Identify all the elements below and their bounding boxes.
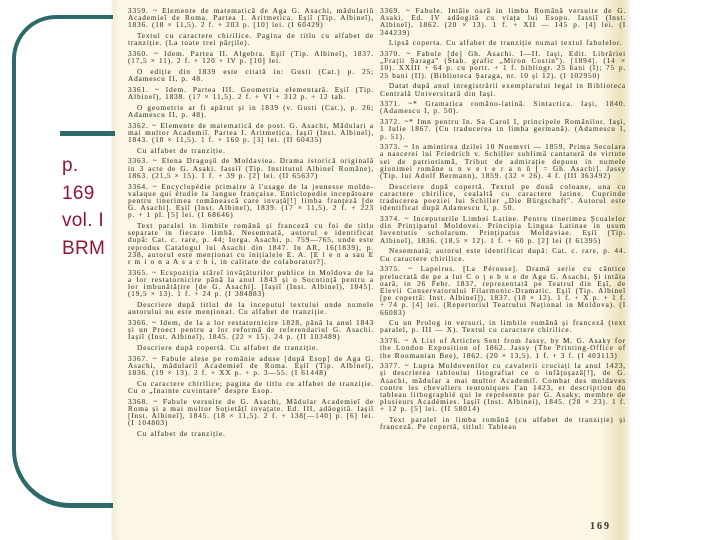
label-line-brm: BRM — [62, 235, 105, 263]
scan-annotation-paragraph: Lipsă coperta. Cu alfabet de tranziție n… — [380, 39, 626, 46]
scan-bibliography-entry: 3365. ~ Ecspoziția stăreĭ invățăturilor … — [128, 269, 374, 298]
scan-bibliography-entry: 3363. ~ Elena Dragoșǔ de Moldaviea. Dram… — [128, 157, 374, 179]
scan-annotation-paragraph: Descriere după titlul de la inceputul te… — [128, 301, 374, 315]
scan-annotation-paragraph: Cu alfabet de tranziție. — [128, 147, 374, 154]
scan-bibliography-entry: 3372. ~* Imn pentru In. Sa Carol I, prin… — [380, 118, 626, 140]
scan-bibliography-entry: 3373. ~ In amintirea dzilei 10 Noemvri —… — [380, 143, 626, 179]
scan-annotation-paragraph: O ediție din 1839 este citată in: Gusti … — [128, 68, 374, 82]
scan-annotation-paragraph: Cu alfabet de tranziție. — [128, 430, 374, 437]
scan-annotation-paragraph: Text paralel in limba română (cu alfabet… — [380, 416, 626, 430]
scan-left-column: 3359. ~ Elemente de matematică de Aga G.… — [128, 7, 374, 535]
scan-annotation-paragraph: Datat după anul inregistrării exemplarul… — [380, 82, 626, 96]
page-number: 169 — [590, 521, 611, 532]
scan-right-column: 3369. ~ Fabule. Intâie oară in limba Rom… — [380, 7, 626, 535]
label-line-volume: vol. I — [62, 207, 105, 235]
scan-bibliography-entry: 3369. ~ Fabule. Intâie oară in limba Rom… — [380, 7, 626, 36]
scan-bibliography-entry: 3370. ~ Fabule [de] Gh. Asachi. I—II. Ia… — [380, 50, 626, 79]
scan-annotation-paragraph: Cu un Prolog in versuri, in limbile româ… — [380, 319, 626, 333]
label-line-page-number: 169 — [62, 180, 105, 208]
presentation-slide: p. 169 vol. I BRM 3359. ~ Elemente de ma… — [0, 0, 720, 540]
scan-annotation-paragraph: O geometrie ar fi apărut și in 1839 (v. … — [128, 104, 374, 118]
scan-bibliography-entry: 3376. ~ A List of Articles Sent from Jas… — [380, 337, 626, 359]
scan-bibliography-entry: 3368. ~ Fabule versuite de G. Asachi, Mă… — [128, 398, 374, 427]
scanned-bibliography-page: 3359. ~ Elemente de matematică de Aga G.… — [113, 0, 628, 540]
scan-bibliography-entry: 3367. ~ Fabule alese pe românie aduse [d… — [128, 355, 374, 377]
scan-bibliography-entry: 3371. ~* Gramatica româno-latină. Sintac… — [380, 100, 626, 114]
scan-annotation-paragraph: Nesemnată; autorul este identificat după… — [380, 247, 626, 261]
scan-annotation-paragraph: Textul cu caractere chirilice. Pagina de… — [128, 32, 374, 46]
scan-bibliography-entry: 3377. ~ Lupta Moldovenilor cu cavalerii … — [380, 362, 626, 412]
scan-bibliography-entry: 3361. ~ Idem. Partea III. Geometria elem… — [128, 86, 374, 100]
scan-annotation-paragraph: Cu caractere chirilice; pagina de titlu … — [128, 380, 374, 394]
scan-bibliography-entry: 3364. ~ Encyclopédie primaire à l'usage … — [128, 183, 374, 219]
scan-bibliography-entry: 3366. ~ Idem, de la a lor restatornicire… — [128, 319, 374, 341]
scan-annotation-paragraph: Text paralel in limbile română și france… — [128, 222, 374, 265]
scan-annotation-paragraph: Descriere după copertă. Cu alfabet de tr… — [128, 344, 374, 351]
scan-bibliography-entry: 3362. ~ Elemente de matematică de post. … — [128, 122, 374, 144]
source-reference-label: p. 169 vol. I BRM — [62, 152, 105, 262]
scan-bibliography-entry: 3359. ~ Elemente de matematică de Aga G.… — [128, 7, 374, 29]
label-line-page: p. — [62, 152, 105, 180]
scan-bibliography-entry: 3360. ~ Idem. Partea II. Algebra. Eșiǐ (… — [128, 50, 374, 64]
scan-bibliography-entry: 3374. ~ Inceputurile Limbei Latine. Pent… — [380, 215, 626, 244]
scan-bibliography-entry: 3375. ~ Lapeirus. [La Pérouse]. Dramă se… — [380, 265, 626, 315]
decorative-dash-line — [60, 131, 115, 136]
scan-annotation-paragraph: Descriere după copertă. Textul pe două c… — [380, 183, 626, 212]
